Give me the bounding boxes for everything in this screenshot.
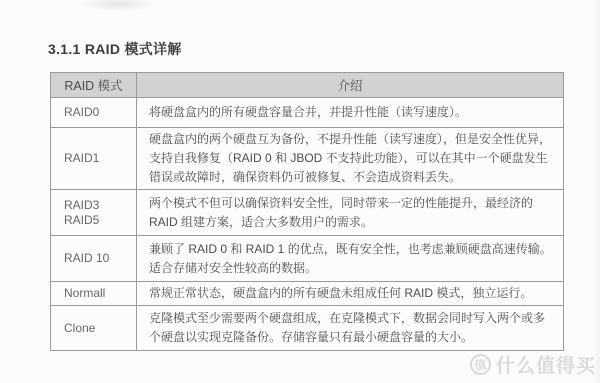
raid-mode-cell: RAID1: [51, 128, 137, 190]
raid-description-cell: 两个模式不但可以确保资料安全性，同时带来一定的性能提升，最经济的 RAID 组建…: [137, 190, 564, 236]
watermark-text: 什么值得买: [496, 351, 596, 378]
table-header-row: RAID 模式 介绍: [51, 73, 564, 98]
watermark: 值 什么值得买: [470, 351, 596, 378]
section-title: 3.1.1 RAID 模式详解: [48, 39, 182, 59]
column-header-intro: 介绍: [137, 73, 564, 98]
table-row: Clone 克隆模式至少需要两个硬盘组成，在克隆模式下，数据会同时写入两个或多个…: [51, 306, 564, 351]
smzdm-logo-char: 值: [473, 355, 487, 374]
scan-edge-shadow: [592, 0, 600, 383]
table-row: Normall 常规正常状态，硬盘盒内的所有硬盘未组成任何 RAID 模式，独立…: [51, 282, 564, 306]
raid-mode-cell: Normall: [51, 282, 137, 306]
raid-mode-cell: Clone: [51, 306, 137, 351]
raid-mode-cell: RAID3 RAID5: [51, 190, 137, 236]
raid-mode-cell: RAID 10: [51, 236, 137, 282]
raid-description-cell: 兼顾了 RAID 0 和 RAID 1 的优点，既有安全性，也考虑兼顾硬盘高速传…: [137, 236, 564, 282]
table-row: RAID3 RAID5 两个模式不但可以确保资料安全性，同时带来一定的性能提升，…: [51, 190, 564, 236]
raid-mode-cell: RAID0: [51, 98, 137, 128]
table-row: RAID0 将硬盘盒内的所有硬盘容量合并，并提升性能（读写速度）。: [51, 98, 564, 128]
raid-description-cell: 常规正常状态，硬盘盒内的所有硬盘未组成任何 RAID 模式，独立运行。: [137, 282, 564, 306]
scan-smudge: [78, 0, 158, 12]
smzdm-logo-icon: 值: [469, 353, 493, 377]
column-header-raid-mode: RAID 模式: [51, 73, 137, 98]
raid-description-cell: 硬盘盒内的两个硬盘互为备份，不提升性能（读写速度），但是安全性优异，支持自我修复…: [137, 128, 564, 190]
raid-description-cell: 克隆模式至少需要两个硬盘组成，在克隆模式下，数据会同时写入两个或多个硬盘以实现克…: [137, 306, 564, 351]
table-row: RAID 10 兼顾了 RAID 0 和 RAID 1 的优点，既有安全性，也考…: [51, 236, 564, 282]
table-row: RAID1 硬盘盒内的两个硬盘互为备份，不提升性能（读写速度），但是安全性优异，…: [51, 128, 564, 190]
raid-modes-table: RAID 模式 介绍 RAID0 将硬盘盒内的所有硬盘容量合并，并提升性能（读写…: [50, 72, 564, 351]
raid-description-cell: 将硬盘盒内的所有硬盘容量合并，并提升性能（读写速度）。: [137, 98, 564, 128]
